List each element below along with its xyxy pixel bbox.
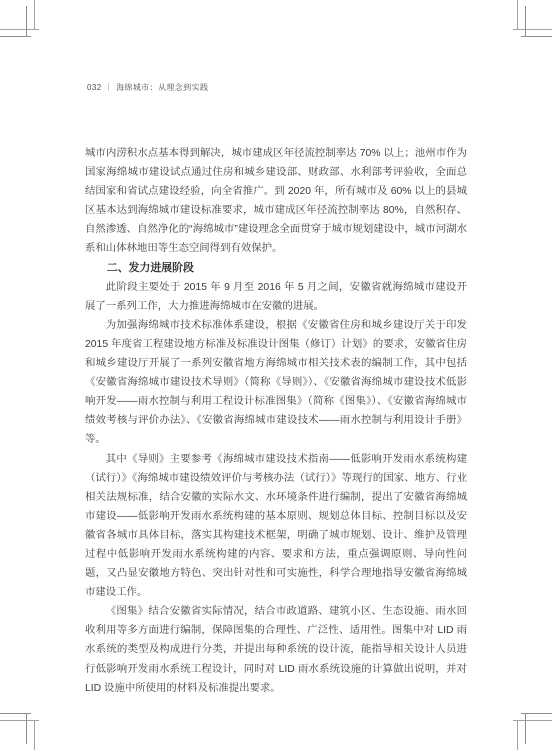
corner-mark-bottom-right xyxy=(506,704,552,750)
corner-mark-line xyxy=(0,29,39,30)
corner-mark-line xyxy=(0,36,31,37)
corner-mark-line xyxy=(517,720,518,750)
corner-mark-line xyxy=(525,714,526,744)
corner-mark-line xyxy=(0,713,31,714)
corner-mark-line xyxy=(0,720,39,721)
paragraph-stage: 此阶段主要处于 2015 年 9 月至 2016 年 5 月之间，安徽省就海绵城… xyxy=(85,278,467,316)
corner-mark-line xyxy=(517,0,518,30)
page-number: 032 xyxy=(87,83,102,92)
corner-mark-line xyxy=(34,720,35,750)
corner-mark-line xyxy=(34,0,35,30)
corner-mark-line xyxy=(521,36,552,37)
page-content: 城市内涝积水点基本得到解决，城市建成区年径流控制率达 70% 以上；池州市作为国… xyxy=(85,144,467,698)
corner-mark-line xyxy=(26,714,27,744)
paragraph-standards: 为加强海绵城市技术标准体系建设，根据《安徽省住房和城乡建设厅关于印发 2015 … xyxy=(85,316,467,450)
book-page: 032｜海绵城市：从理念到实践 城市内涝积水点基本得到解决，城市建成区年径流控制… xyxy=(0,0,552,750)
corner-mark-top-left xyxy=(0,0,46,46)
corner-mark-line xyxy=(525,6,526,36)
running-header: 032｜海绵城市：从理念到实践 xyxy=(87,83,208,93)
corner-mark-line xyxy=(521,713,552,714)
corner-mark-top-right xyxy=(506,0,552,46)
section-heading: 二、发力进展阶段 xyxy=(85,259,467,278)
corner-mark-line xyxy=(513,29,552,30)
paragraph-daoze: 其中《导则》主要参考《海绵城市建设技术指南——低影响开发雨水系统构建（试行）》《… xyxy=(85,450,467,603)
corner-mark-bottom-left xyxy=(0,704,46,750)
paragraph-tuji: 《图集》结合安徽省实际情况，结合市政道路、建筑小区、生态设施、雨水回收利用等多方… xyxy=(85,602,467,697)
corner-mark-line xyxy=(513,720,552,721)
paragraph-continuation: 城市内涝积水点基本得到解决，城市建成区年径流控制率达 70% 以上；池州市作为国… xyxy=(85,144,467,259)
book-title: 海绵城市：从理念到实践 xyxy=(116,83,208,92)
corner-mark-line xyxy=(26,6,27,36)
header-separator: ｜ xyxy=(105,83,113,92)
